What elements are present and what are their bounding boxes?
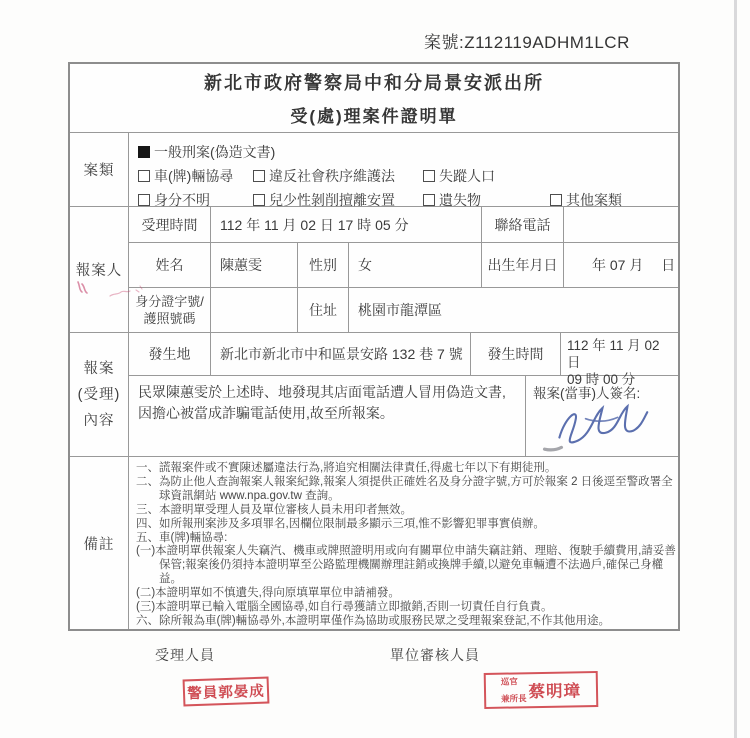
officer-stamp: 警員郭晏成 (183, 677, 270, 707)
officer-section-label: 受理人員 (155, 645, 215, 665)
name-value: 陳蕙雯 (211, 243, 298, 287)
reviewer-section-label: 單位審核人員 (390, 645, 480, 665)
remark-line: (三)本證明單已輸入電腦全國協尋,如自行尋獲請立即撤銷,否則一切責任自行負責。 (136, 601, 676, 615)
remark-line: 益。 (136, 573, 676, 587)
reviewer-stamp-name: 蔡明璋 (528, 677, 581, 702)
case-type-options: 一般刑案(偽造文書) 車(牌)輛協尋 違反社會秩序維護法 失蹤人口 (129, 133, 678, 206)
gender-label: 性別 (298, 243, 349, 287)
report-row-label-line3: 內容 (84, 408, 115, 434)
remark-line: (二)本證明單如不慎遺失,得向原填單單位申請補發。 (136, 587, 676, 601)
officer-stamp-text: 警員郭晏成 (187, 680, 265, 704)
location-value: 新北市新北市中和區景安路 132 巷 7 號 (211, 333, 471, 375)
case-type-line-1: 一般刑案(偽造文書) (138, 140, 678, 164)
case-number: 案號:Z112119ADHM1LCR (424, 28, 630, 53)
checkbox-icon (423, 194, 435, 206)
case-number-label: 案號: (424, 33, 464, 52)
station-title: 新北市政府警察局中和分局景安派出所 (204, 69, 544, 95)
remark-line: 球資訊網站 www.npa.gov.tw 查詢。 (136, 490, 676, 504)
checkbox-icon (138, 170, 150, 182)
red-pen-marks (70, 240, 160, 320)
scan-edge-artifact (734, 0, 737, 738)
case-type-row: 案類 一般刑案(偽造文書) 車(牌)輛協尋 違反社會秩序維護法 (70, 133, 678, 207)
remark-line: 二、為防止他人查詢報案人報案紀錄,報案人須提供正確姓名及身分證字號,方可於報案 … (136, 476, 676, 490)
remark-line: (一)本證明單供報案人失竊汽、機車或牌照證明用或向有關單位申請失竊註銷、理賠、復… (136, 545, 676, 559)
birth-label: 出生年月日 (482, 243, 564, 287)
remark-line: 保管;報案後仍須持本證明單至公路監理機關辦理註銷或換牌手續,以避免車輛遭不法過戶… (136, 559, 676, 573)
reviewer-stamp: 巡官 兼所長 蔡明璋 (484, 671, 599, 709)
reviewer-stamp-title: 巡官 兼所長 (501, 677, 527, 703)
case-type-option: 車(牌)輛協尋 (138, 166, 253, 186)
reporter-fields: 受理時間 112 年 11 月 02 日 17 時 05 分 聯絡電話 姓名 陳… (129, 207, 678, 332)
signature-cell: 報案(當事)人簽名: (526, 376, 678, 456)
remarks-label: 備註 (70, 457, 129, 629)
report-row-label: 報案 (受理) 內容 (70, 333, 129, 456)
reviewer-stamp-title-top: 巡官 (501, 677, 527, 686)
report-fields: 發生地 新北市新北市中和區景安路 132 巷 7 號 發生時間 112 年 11… (129, 333, 678, 456)
case-type-option: 失蹤人口 (423, 166, 495, 186)
address-value: 桃園市龍潭區 (349, 288, 678, 332)
remark-line: 三、本證明單受理人員及單位審核人員未用印者無效。 (136, 504, 676, 518)
remark-line: 六、除所報為車(牌)輛協尋外,本證明單僅作為協助或服務民眾之受理報案登記,不作其… (136, 615, 676, 629)
checkbox-icon (550, 194, 562, 206)
checkbox-icon (253, 170, 265, 182)
reviewer-stamp-title-bottom: 兼所長 (501, 694, 527, 703)
gender-value: 女 (349, 243, 482, 287)
occur-time-label: 發生時間 (471, 333, 561, 375)
report-row-label-line2: (受理) (78, 382, 121, 408)
checkbox-checked-icon (138, 146, 150, 158)
case-type-option-label: 車(牌)輛協尋 (154, 166, 233, 186)
remark-line: 五、車(牌)輛協尋: (136, 532, 676, 546)
reporter-row-3: 身分證字號/ 護照號碼 住址 桃園市龍潭區 (129, 288, 678, 332)
remarks-content: 一、謊報案件或不實陳述屬違法行為,將追究相關法律責任,得處七年以下有期徒刑。 二… (129, 457, 680, 629)
case-number-value: Z112119ADHM1LCR (464, 33, 630, 52)
checkbox-icon (423, 170, 435, 182)
report-content-text: 民眾陳蕙雯於上述時、地發現其店面電話遭人冒用偽造文書,因擔心被當成詐騙電話使用,… (129, 376, 526, 456)
report-block: 報案 (受理) 內容 發生地 新北市新北市中和區景安路 132 巷 7 號 發生… (70, 333, 678, 457)
remark-line: 一、謊報案件或不實陳述屬違法行為,將追究相關法律責任,得處七年以下有期徒刑。 (136, 462, 676, 476)
case-type-option-label: 失蹤人口 (439, 166, 495, 186)
occur-time-line1: 112 年 11 月 02 日 (567, 337, 676, 371)
case-type-option-label: 一般刑案(偽造文書) (154, 142, 275, 162)
reporter-row-2: 姓名 陳蕙雯 性別 女 出生年月日 年 07 月 日 (129, 243, 678, 288)
report-row-2: 民眾陳蕙雯於上述時、地發現其店面電話遭人冒用偽造文書,因擔心被當成詐騙電話使用,… (129, 376, 678, 456)
remarks-row: 備註 一、謊報案件或不實陳述屬違法行為,將追究相關法律責任,得處七年以下有期徒刑… (70, 457, 678, 629)
accept-time-label: 受理時間 (129, 207, 211, 242)
document-title-block: 新北市政府警察局中和分局景安派出所 受(處)理案件證明單 (70, 64, 678, 133)
reporter-block: 報案人 受理時間 112 年 11 月 02 日 17 時 05 分 聯絡電話 … (70, 207, 678, 333)
case-type-option-checked: 一般刑案(偽造文書) (138, 142, 275, 162)
id-number-value (211, 288, 298, 332)
location-label: 發生地 (129, 333, 211, 375)
case-type-line-2: 車(牌)輛協尋 違反社會秩序維護法 失蹤人口 (138, 164, 678, 188)
report-row-1: 發生地 新北市新北市中和區景安路 132 巷 7 號 發生時間 112 年 11… (129, 333, 678, 376)
case-type-option: 違反社會秩序維護法 (253, 166, 423, 186)
checkbox-icon (138, 194, 150, 206)
checkbox-icon (253, 194, 265, 206)
document-title: 受(處)理案件證明單 (290, 102, 457, 127)
reporter-row-1: 受理時間 112 年 11 月 02 日 17 時 05 分 聯絡電話 (129, 207, 678, 243)
certificate-table: 新北市政府警察局中和分局景安派出所 受(處)理案件證明單 案類 一般刑案(偽造文… (68, 62, 680, 631)
case-type-option-label: 違反社會秩序維護法 (269, 166, 395, 186)
occur-time-value: 112 年 11 月 02 日 09 時 00 分 (561, 333, 678, 375)
case-type-label: 案類 (70, 133, 129, 206)
phone-value (564, 207, 678, 242)
accept-time-value: 112 年 11 月 02 日 17 時 05 分 (211, 207, 482, 242)
remark-line: 四、如所報刑案涉及多項罪名,因欄位限制最多顯示三項,惟不影響犯罪事實偵辦。 (136, 518, 676, 532)
birth-value: 年 07 月 日 (564, 243, 678, 287)
phone-label: 聯絡電話 (482, 207, 564, 242)
report-row-label-line1: 報案 (84, 356, 115, 382)
address-label: 住址 (298, 288, 349, 332)
